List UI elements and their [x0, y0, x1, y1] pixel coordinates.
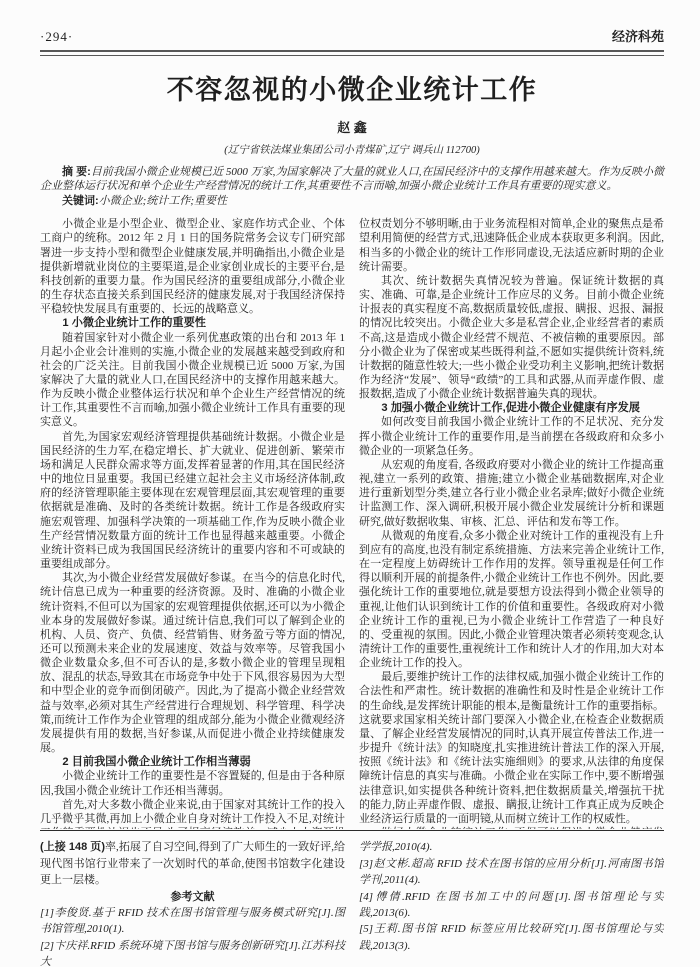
article-affiliation: (辽宁省铁法煤业集团公司小青煤矿,辽宁 调兵山 112700)	[40, 142, 664, 157]
abstract-label: 摘 要:	[62, 166, 91, 178]
article-author: 赵 鑫	[40, 117, 664, 136]
section-1-paragraph-2: 首先,为国家宏观经济管理提供基础统计数据。小微企业是国民经济的生力军,在稳定增长…	[40, 430, 345, 572]
references-heading: 参考文献	[40, 889, 345, 905]
reference-1: [1]李俊贤.基于 RFID 技术在图书馆管理与服务模式研究[J].图书馆管理,…	[40, 905, 345, 938]
closing-paragraph: 做好小微企业的统计工作, 不但可以促进小微企业健康发展,也事关经济社会发展全局,…	[359, 826, 664, 829]
section-1-heading: 1 小微企业统计工作的重要性	[40, 316, 345, 330]
continuation-right-column: 学学报,2010(4). [3]赵文彬.超高 RFID 技术在图书馆的应用分析[…	[359, 839, 664, 967]
continuation-left-column: (上接 148 页)率,拓展了自习空间,得到了广大师生的一致好评,给现代图书馆行…	[40, 839, 345, 967]
article-title: 不容忽视的小微企业统计工作	[40, 72, 664, 108]
intro-paragraph: 小微企业是小型企业、微型企业、家庭作坊式企业、个体工商户的统称。2012 年 2…	[40, 217, 345, 316]
section-3-heading: 3 加强小微企业统计工作,促进小微企业健康有序发展	[359, 401, 664, 415]
running-head: ·294· 经济科苑	[40, 26, 664, 45]
keywords-text: 小微企业;统计工作;重要性	[99, 195, 227, 207]
section-2-paragraph-2-end: 位权责划分不够明晰,由于业务流程相对简单,企业的聚焦点是希望利用简便的经营方式,…	[359, 217, 664, 274]
abstract-paragraph: 摘 要:目前我国小微企业规模已近 5000 万家,为国家解决了大量的就业人口,在…	[40, 165, 664, 194]
section-2-paragraph-1: 小微企业统计工作的重要性是不容置疑的, 但是由于各种原因,我国小微企业统计工作还…	[40, 769, 345, 797]
journal-page: ·294· 经济科苑 不容忽视的小微企业统计工作 赵 鑫 (辽宁省铁法煤业集团公…	[0, 0, 700, 967]
body-left-column: 小微企业是小型企业、微型企业、家庭作坊式企业、个体工商户的统称。2012 年 2…	[40, 217, 345, 829]
body-right-column: 位权责划分不够明晰,由于业务流程相对简单,企业的聚焦点是希望利用简便的经营方式,…	[359, 217, 664, 829]
header-double-rule	[40, 50, 664, 56]
page-number: ·294·	[40, 29, 73, 45]
keywords-label: 关键词:	[62, 195, 99, 207]
keywords-paragraph: 关键词:小微企业;统计工作;重要性	[40, 194, 664, 209]
section-2-heading: 2 目前我国小微企业统计工作相当薄弱	[40, 755, 345, 769]
continuation-paragraph: (上接 148 页)率,拓展了自习空间,得到了广大师生的一致好评,给现代图书馆行…	[40, 839, 345, 888]
continued-from-label: (上接 148 页)	[40, 841, 105, 853]
section-3-paragraph-1: 如何改变目前我国小微企业统计工作的不足状况、充分发挥小微企业统计工作的重要作用,…	[359, 415, 664, 457]
section-2-paragraph-2-start: 首先,对大多数小微企业来说,由于国家对其统计工作的投入几乎微乎其微,再加上小微企…	[40, 798, 345, 830]
continuation-section: (上接 148 页)率,拓展了自习空间,得到了广大师生的一致好评,给现代图书馆行…	[40, 839, 664, 967]
section-3-paragraph-2: 从宏观的角度看, 各级政府要对小微企业的统计工作提高重视,建立一系列的政策、措施…	[359, 458, 664, 529]
section-1-paragraph-3: 其次,为小微企业经营发展做好参谋。在当今的信息化时代,统计信息已成为一种重要的经…	[40, 571, 345, 755]
reference-5: [5]王莉.图书馆 RFID 标签应用比较研究[J].图书馆理论与实践,2013…	[359, 921, 664, 954]
reference-2-part-1: [2]卞庆祥.RFID 系统环境下图书馆与服务创新研究[J].江苏科技大	[40, 938, 345, 967]
reference-3: [3]赵文彬.超高 RFID 技术在图书馆的应用分析[J].河南图书馆学刊,20…	[359, 856, 664, 889]
journal-column-title: 经济科苑	[612, 26, 664, 45]
reference-2-part-2: 学学报,2010(4).	[359, 839, 664, 855]
abstract-block: 摘 要:目前我国小微企业规模已近 5000 万家,为国家解决了大量的就业人口,在…	[40, 165, 664, 209]
continuation-divider	[40, 830, 664, 831]
section-1-paragraph-1: 随着国家针对小微企业一系列优惠政策的出台和 2013 年 1 月起小企业会计准则…	[40, 331, 345, 430]
section-2-paragraph-3: 其次、统计数据失真情况较为普遍。保证统计数据的真实、准确、可靠,是企业统计工作应…	[359, 274, 664, 401]
section-3-paragraph-4: 最后,要维护统计工作的法律权威,加强小微企业统计工作的合法性和严肃性。统计数据的…	[359, 670, 664, 826]
article-body: 小微企业是小型企业、微型企业、家庭作坊式企业、个体工商户的统称。2012 年 2…	[40, 217, 664, 829]
section-3-paragraph-3: 从微观的角度看,众多小微企业对统计工作的重视没有上升到应有的高度,也没有制定系统…	[359, 529, 664, 671]
reference-4: [4]傅倩.RFID 在图书加工中的问题[J].图书馆理论与实践,2013(6)…	[359, 889, 664, 922]
abstract-text: 目前我国小微企业规模已近 5000 万家,为国家解决了大量的就业人口,在国民经济…	[40, 166, 664, 193]
